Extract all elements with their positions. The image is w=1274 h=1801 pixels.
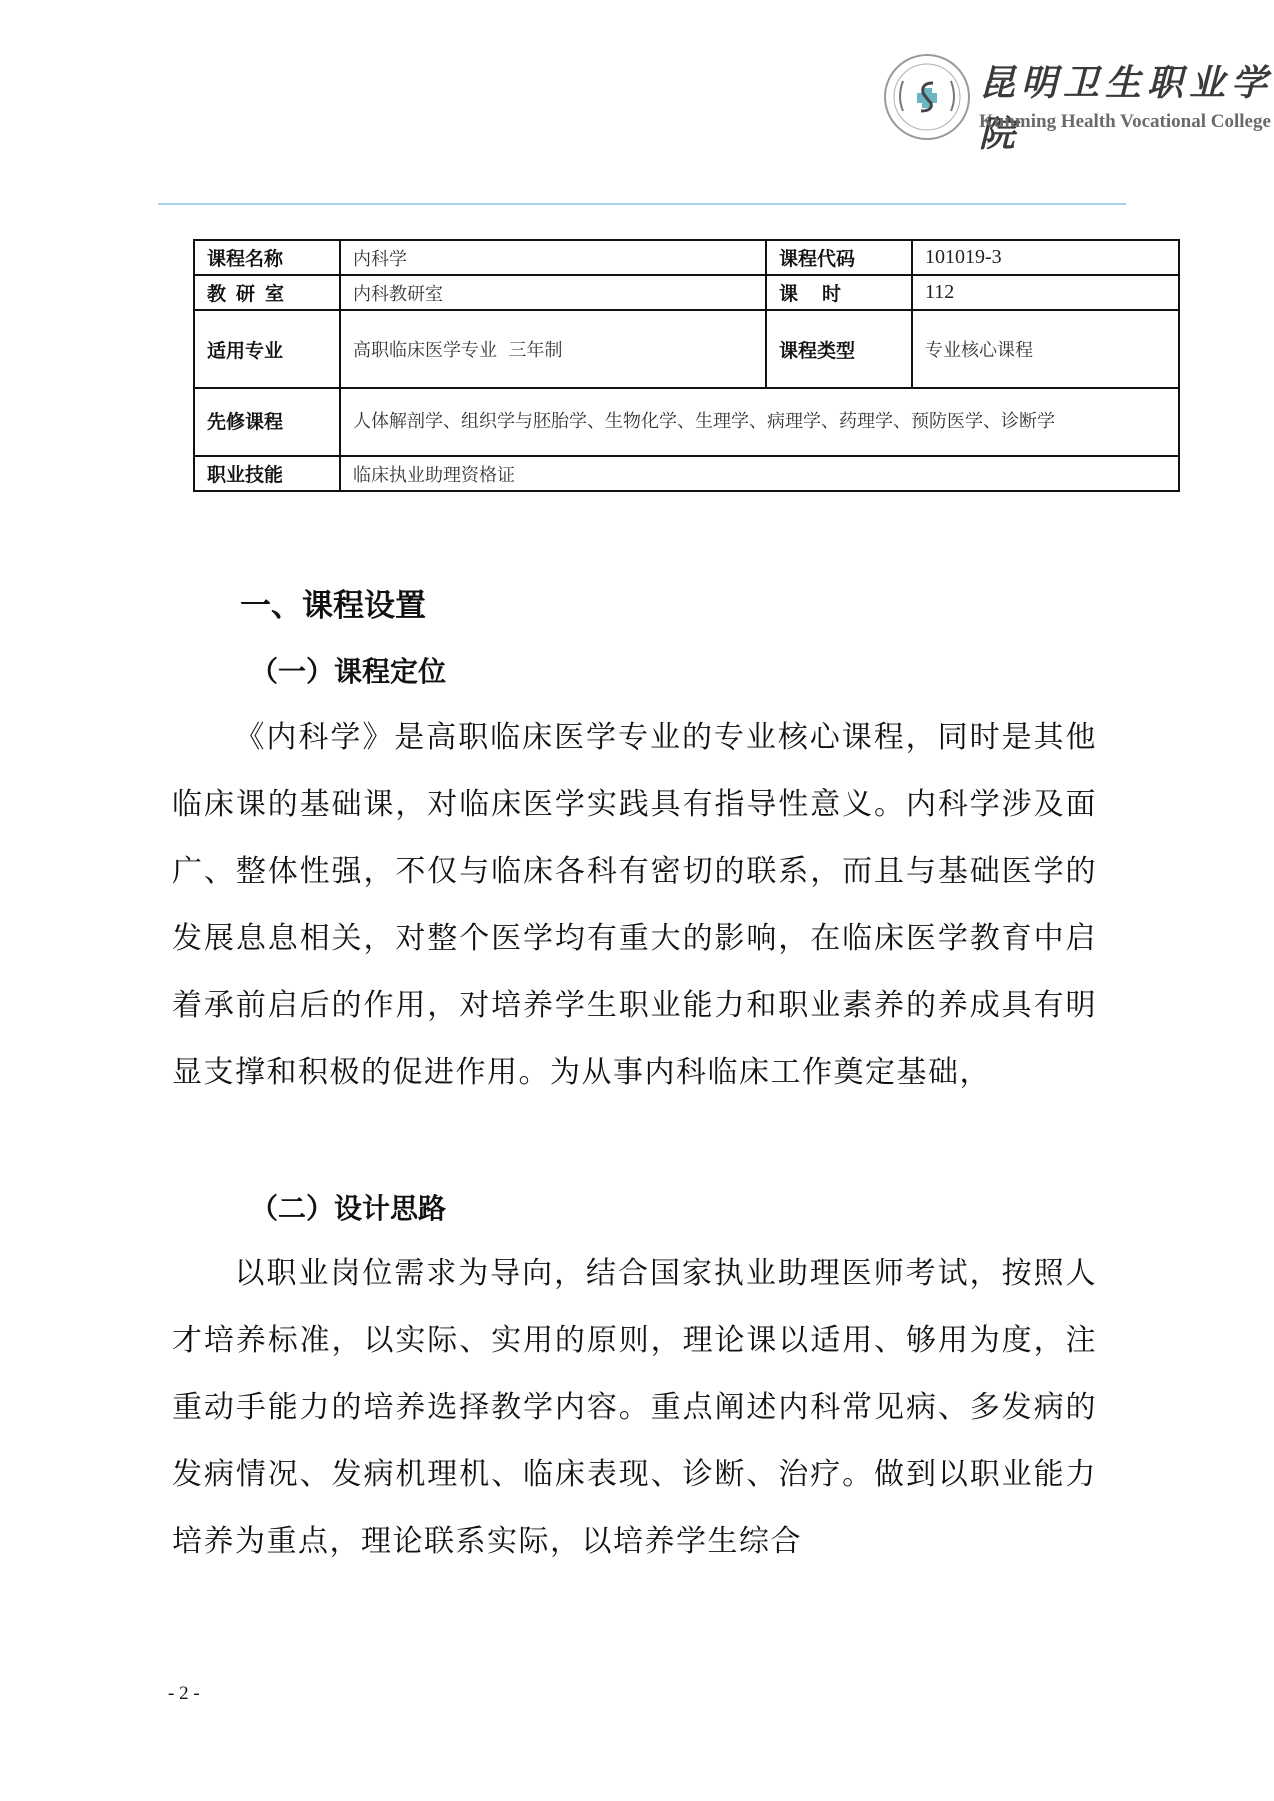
table-row: 职业技能 临床执业助理资格证 <box>194 456 1179 491</box>
college-logo: 昆明卫生职业学院 Kunming Health Vocational Colle… <box>883 53 1274 143</box>
course-name-value: 内科学 <box>340 240 766 275</box>
prerequisite-value: 人体解剖学、组织学与胚胎学、生物化学、生理学、病理学、药理学、预防医学、诊断学 <box>340 388 1179 456</box>
school-name-cn: 昆明卫生职业学院 <box>979 55 1274 157</box>
course-info-table: 课程名称 内科学 课程代码 101019-3 教研室 内科教研室 课时 112 … <box>193 239 1180 492</box>
table-row: 课程名称 内科学 课程代码 101019-3 <box>194 240 1179 275</box>
skill-label: 职业技能 <box>194 456 340 491</box>
subsection-title-design: （二）设计思路 <box>250 1187 446 1227</box>
section-title: 一、课程设置 <box>240 580 426 625</box>
paragraph-text: 以职业岗位需求为导向，结合国家执业助理医师考试，按照人才培养标准，以实际、实用的… <box>172 1256 1097 1559</box>
page-number: - 2 - <box>168 1683 200 1705</box>
hours-value: 112 <box>912 275 1179 310</box>
major-value: 高职临床医学专业 三年制 <box>340 310 766 388</box>
department-label: 教研室 <box>194 275 340 310</box>
table-row: 适用专业 高职临床医学专业 三年制 课程类型 专业核心课程 <box>194 310 1179 388</box>
paragraph-text: 《内科学》是高职临床医学专业的专业核心课程，同时是其他临床课的基础课，对临床医学… <box>172 720 1097 1090</box>
skill-value: 临床执业助理资格证 <box>340 456 1179 491</box>
course-code-value: 101019-3 <box>912 240 1179 275</box>
table-row: 先修课程 人体解剖学、组织学与胚胎学、生物化学、生理学、病理学、药理学、预防医学… <box>194 388 1179 456</box>
major-label: 适用专业 <box>194 310 340 388</box>
school-name-en: Kunming Health Vocational College <box>979 111 1271 133</box>
paragraph-design: 以职业岗位需求为导向，结合国家执业助理医师考试，按照人才培养标准，以实际、实用的… <box>172 1240 1097 1575</box>
course-code-label: 课程代码 <box>766 240 912 275</box>
college-seal-icon <box>883 53 971 141</box>
prerequisite-label: 先修课程 <box>194 388 340 456</box>
subsection-title-positioning: （一）课程定位 <box>250 650 446 690</box>
course-type-value: 专业核心课程 <box>912 310 1179 388</box>
hours-label: 课时 <box>766 275 912 310</box>
table-row: 教研室 内科教研室 课时 112 <box>194 275 1179 310</box>
course-type-label: 课程类型 <box>766 310 912 388</box>
header-divider <box>158 203 1126 205</box>
course-name-label: 课程名称 <box>194 240 340 275</box>
paragraph-positioning: 《内科学》是高职临床医学专业的专业核心课程，同时是其他临床课的基础课，对临床医学… <box>172 704 1097 1106</box>
department-value: 内科教研室 <box>340 275 766 310</box>
